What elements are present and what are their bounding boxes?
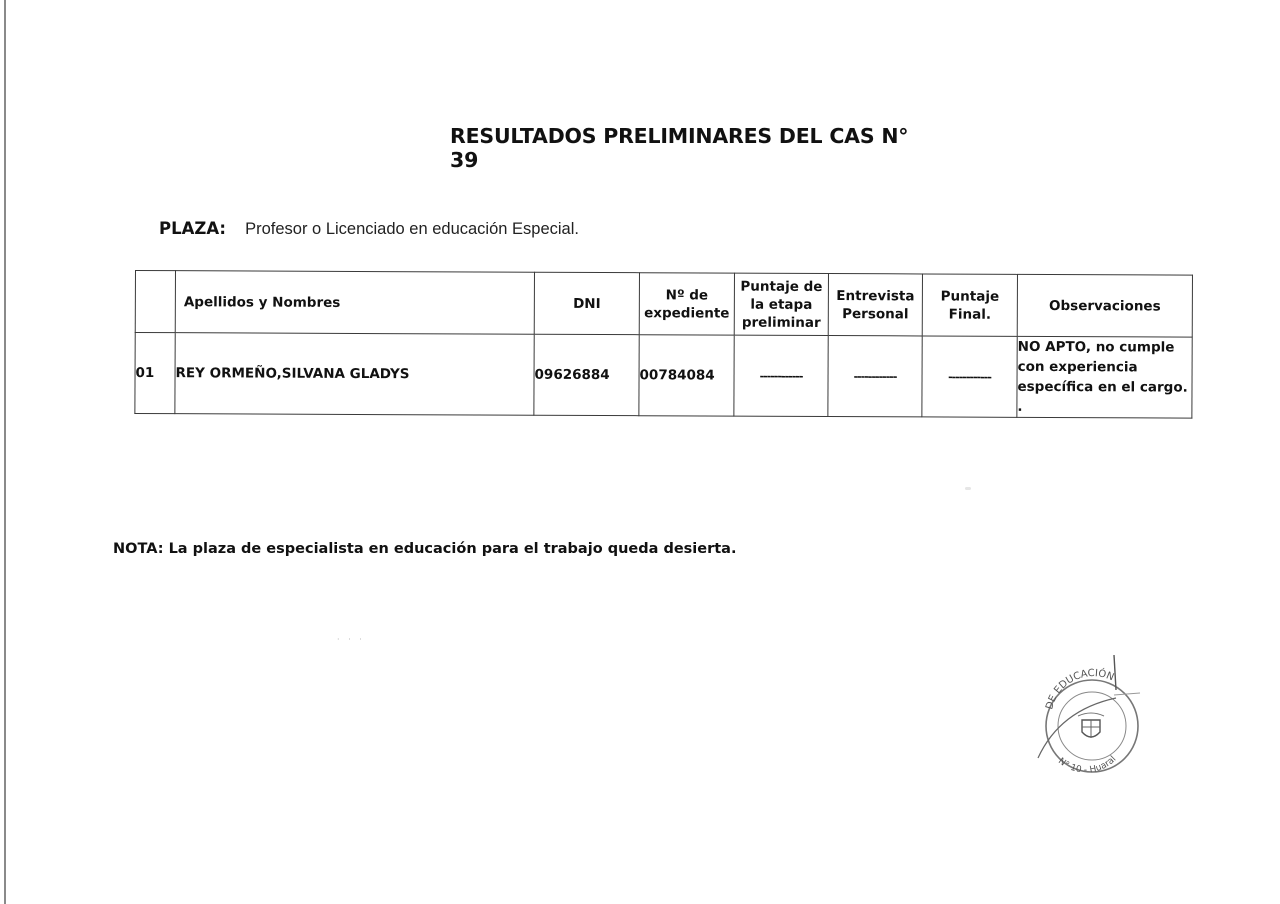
- header-preliminar-line: la etapa: [735, 295, 828, 313]
- cell-final: ------------: [922, 336, 1017, 417]
- header-preliminar-line: preliminar: [735, 313, 828, 331]
- table-row: 01 REY ORMEÑO,SILVANA GLADYS 09626884 00…: [135, 333, 1192, 419]
- peru-coat-of-arms-icon: [1078, 713, 1104, 738]
- page-edge-line: [4, 0, 6, 904]
- header-entrevista-line: Personal: [829, 305, 922, 323]
- observaciones-line: NO APTO, no cumple: [1018, 337, 1192, 358]
- observaciones-line: con experiencia: [1018, 357, 1192, 378]
- table-header-row: Apellidos y Nombres DNI Nº de expediente…: [135, 271, 1192, 338]
- header-expediente-line: expediente: [640, 304, 734, 322]
- cell-preliminar: ------------: [734, 335, 828, 416]
- official-stamp-icon: DE EDUCACIÓN N° 10 - Huaral: [1020, 650, 1160, 785]
- header-number: [135, 271, 175, 333]
- scan-speck: [965, 487, 971, 490]
- cell-entrevista: ------------: [828, 336, 922, 417]
- svg-text:DE EDUCACIÓN: DE EDUCACIÓN: [1044, 666, 1115, 710]
- header-entrevista-line: Entrevista: [829, 287, 922, 305]
- cell-name: REY ORMEÑO,SILVANA GLADYS: [175, 333, 534, 416]
- plaza-label: PLAZA:: [159, 219, 226, 238]
- results-table: Apellidos y Nombres DNI Nº de expediente…: [134, 270, 1193, 419]
- plaza-value: Profesor o Licenciado en educación Espec…: [245, 220, 579, 238]
- header-entrevista: Entrevista Personal: [828, 274, 922, 336]
- scan-specks: · · ·: [337, 635, 365, 644]
- cell-expediente: 00784084: [639, 335, 734, 416]
- header-final-line: Puntaje: [923, 287, 1017, 305]
- svg-text:N° 10 - Huaral: N° 10 - Huaral: [1056, 754, 1118, 775]
- header-observaciones: Observaciones: [1017, 274, 1192, 337]
- header-final: Puntaje Final.: [922, 274, 1017, 336]
- nota-text: NOTA: La plaza de especialista en educac…: [113, 541, 736, 557]
- header-dni: DNI: [534, 272, 639, 334]
- cell-dni: 09626884: [534, 334, 639, 415]
- observaciones-line: específica en el cargo. .: [1017, 377, 1191, 418]
- header-expediente: Nº de expediente: [639, 273, 734, 335]
- header-final-line: Final.: [923, 305, 1017, 323]
- header-expediente-line: Nº de: [640, 286, 734, 304]
- cell-observaciones: NO APTO, no cumple con experiencia espec…: [1017, 336, 1192, 418]
- plaza-line: PLAZA: Profesor o Licenciado en educació…: [159, 219, 579, 239]
- cell-number: 01: [135, 333, 175, 414]
- header-name: Apellidos y Nombres: [175, 271, 534, 335]
- header-preliminar: Puntaje de la etapa preliminar: [734, 273, 828, 335]
- page-title: RESULTADOS PRELIMINARES DEL CAS N° 39: [450, 124, 930, 172]
- header-preliminar-line: Puntaje de: [735, 277, 828, 295]
